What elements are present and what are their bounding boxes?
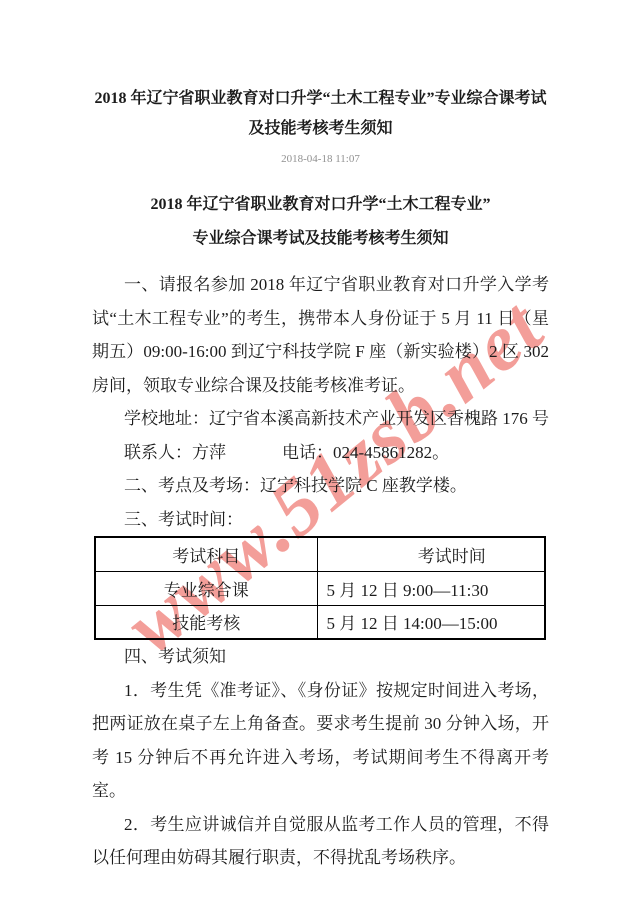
subject-cell: 技能考核: [95, 605, 317, 639]
time-cell: 5 月 12 日 14:00—15:00: [317, 605, 545, 639]
exam-schedule-table: 考试科目 考试时间 专业综合课5 月 12 日 9:00—11:30技能考核5 …: [94, 536, 546, 640]
paragraph-contact: 联系人：方萍电话：024-45861282。: [92, 436, 549, 470]
paragraph-registration: 一、请报名参加 2018 年辽宁省职业教育对口升学入学考试“土木工程专业”的考生…: [92, 268, 549, 402]
exam-table-body: 专业综合课5 月 12 日 9:00—11:30技能考核5 月 12 日 14:…: [95, 571, 545, 639]
table-header-subject: 考试科目: [95, 537, 317, 571]
page-content: 2018 年辽宁省职业教育对口升学“土木工程专业”专业综合课考试 及技能考核考生…: [92, 0, 549, 875]
document-page: www.51zsb.net 2018 年辽宁省职业教育对口升学“土木工程专业”专…: [0, 0, 640, 906]
table-header-time: 考试时间: [317, 537, 545, 571]
paragraph-notice-1: 1．考生凭《准考证》、《身份证》按规定时间进入考场，把两证放在桌子左上角备查。要…: [92, 674, 549, 808]
page-title-line-2: 及技能考核考生须知: [92, 114, 549, 144]
publish-date: 2018-04-18 11:07: [92, 152, 549, 166]
paragraph-notice-label: 四、考试须知: [92, 640, 549, 674]
page-title: 2018 年辽宁省职业教育对口升学“土木工程专业”专业综合课考试 及技能考核考生…: [92, 84, 549, 144]
table-header-row: 考试科目 考试时间: [95, 537, 545, 571]
page-title-line-1: 2018 年辽宁省职业教育对口升学“土木工程专业”专业综合课考试: [92, 84, 549, 114]
paragraph-exam-venue: 二、考点及考场：辽宁科技学院 C 座教学楼。: [92, 469, 549, 503]
document-heading: 2018 年辽宁省职业教育对口升学“土木工程专业” 专业综合课考试及技能考核考生…: [92, 188, 549, 256]
document-heading-line-2: 专业综合课考试及技能考核考生须知: [92, 222, 549, 256]
subject-cell: 专业综合课: [95, 571, 317, 605]
time-cell: 5 月 12 日 9:00—11:30: [317, 571, 545, 605]
contact-phone: 电话：024-45861282。: [282, 443, 449, 462]
paragraph-school-address: 学校地址：辽宁省本溪高新技术产业开发区香槐路 176 号: [92, 402, 549, 436]
contact-person: 联系人：方萍: [124, 443, 226, 462]
paragraph-exam-time-label: 三、考试时间：: [92, 503, 549, 537]
table-row: 技能考核5 月 12 日 14:00—15:00: [95, 605, 545, 639]
paragraph-notice-2: 2．考生应讲诚信并自觉服从监考工作人员的管理，不得以任何理由妨碍其履行职责，不得…: [92, 808, 549, 875]
document-heading-line-1: 2018 年辽宁省职业教育对口升学“土木工程专业”: [92, 188, 549, 222]
table-row: 专业综合课5 月 12 日 9:00—11:30: [95, 571, 545, 605]
